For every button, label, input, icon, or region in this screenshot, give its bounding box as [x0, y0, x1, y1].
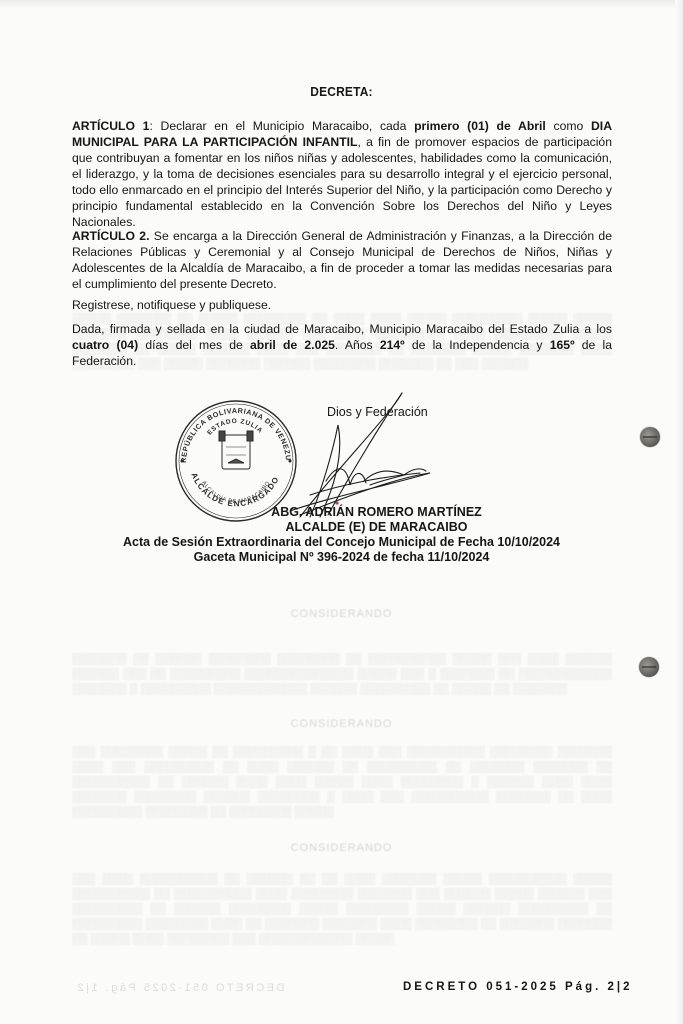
article-2-text: Se encarga a la Dirección General de Adm… — [72, 229, 612, 291]
stamp-outer-text: REPÚBLICA BOLIVARIANA DE VENEZUELA — [172, 397, 293, 463]
acta-reference: Acta de Sesión Extraordinaria del Concej… — [0, 535, 683, 549]
dada-text: . Años — [335, 338, 380, 352]
article-1-label: ARTÍCULO 1 — [72, 119, 149, 133]
signer-title: ALCALDE (E) DE MARACAIBO — [0, 520, 683, 534]
bleed-through-heading: CONSIDERANDO — [0, 718, 683, 730]
article-1-date: primero (01) de Abril — [414, 119, 546, 133]
coat-of-arms-icon — [219, 431, 253, 469]
bleed-through-heading: CONSIDERANDO — [0, 608, 683, 620]
dada-text: de la Independencia y — [405, 338, 550, 352]
signer-name: ABG. ADRIÁN ROMERO MARTÍNEZ — [0, 505, 683, 519]
dada-day: cuatro (04) — [72, 338, 138, 352]
article-2-label: ARTÍCULO 2. — [72, 229, 149, 243]
article-1: ARTÍCULO 1: Declarar en el Municipio Mar… — [72, 118, 612, 230]
gaceta-reference: Gaceta Municipal Nº 396-2024 de fecha 11… — [0, 550, 683, 564]
bleed-through-text: ▒▒▒ ▒▒▒▒▒▒▒▒ ▒▒▒▒▒ ▒▒ ▒▒▒▒▒▒▒▒▒ ▒ ▒▒ ▒▒▒… — [72, 745, 612, 820]
decree-heading: DECRETA: — [27, 84, 655, 99]
punch-hole-icon — [639, 657, 659, 677]
article-1-text: : Declarar en el Municipio Maracaibo, ca… — [149, 119, 414, 133]
registrese-line: Registrese, notifiquese y publiquese. — [72, 297, 612, 313]
dada-text: días del mes de — [138, 338, 250, 352]
svg-text:ESTADO ZULIA: ESTADO ZULIA — [206, 418, 264, 437]
punch-hole-icon — [640, 427, 660, 447]
bleed-through-footer: DECRETO 051-2025 Pág. 1|2 — [75, 982, 284, 994]
dada-text: Dada, firmada y sellada en la ciudad de … — [72, 322, 612, 336]
article-1-text: como — [546, 119, 591, 133]
bleed-through-heading: CONSIDERANDO — [0, 842, 683, 854]
dada-federation-years: 165º — [550, 338, 575, 352]
stamp-inner-text: ESTADO ZULIA — [206, 418, 264, 437]
page-footer: DECRETO 051-2025 Pág. 2|2 — [403, 981, 633, 993]
dada-month: abril de 2.025 — [250, 338, 335, 352]
article-2: ARTÍCULO 2. Se encarga a la Dirección Ge… — [72, 228, 612, 292]
scan-edge-top — [0, 0, 683, 8]
dada-independence-years: 214º — [380, 338, 405, 352]
document-page: ▒▒▒▒▒ ▒▒▒▒▒▒▒ ▒▒ ▒▒▒▒▒ ▒▒▒▒▒▒▒▒ ▒▒ ▒▒▒▒ … — [0, 0, 683, 1024]
article-1-text: , a fin de promover espacios de particip… — [72, 135, 612, 229]
dada-paragraph: Dada, firmada y sellada en la ciudad de … — [72, 321, 612, 369]
handwritten-signature — [280, 385, 440, 525]
bleed-through-text: ▒▒▒ ▒▒▒▒ ▒▒▒▒▒▒▒▒▒▒ ▒▒ ▒▒▒▒▒▒ ▒▒ ▒▒ ▒▒▒▒… — [72, 872, 612, 947]
svg-text:REPÚBLICA BOLIVARIANA DE VENEZ: REPÚBLICA BOLIVARIANA DE VENEZUELA — [172, 397, 293, 463]
bleed-through-text: ▒▒▒▒▒▒▒ ▒▒ ▒▒▒▒▒▒ ▒▒▒▒▒▒▒▒ ▒▒▒▒▒▒▒▒ ▒▒ ▒… — [72, 652, 612, 697]
